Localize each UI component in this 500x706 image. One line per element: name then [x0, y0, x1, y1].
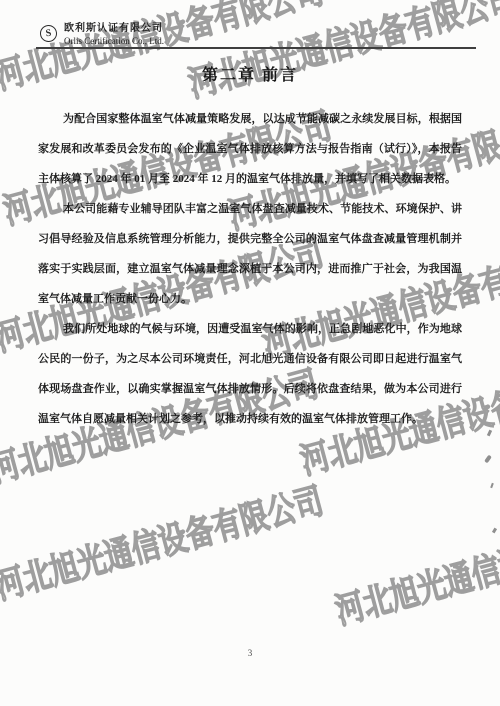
- chapter-title: 第二章 前言: [0, 62, 500, 85]
- watermark-text: 河北旭光通信设备有限公司: [332, 508, 500, 630]
- certification-company-name-cn: 欧利斯认证有限公司: [64, 22, 164, 35]
- certification-company-block: 欧利斯认证有限公司 Orlis Certification Co., Ltd.: [64, 22, 164, 47]
- document-body: 为配合国家整体温室气体减量策略发展，以达成节能减碳之永续发展目标，根据国家发展和…: [38, 104, 462, 434]
- scan-speck: [490, 483, 494, 488]
- orlis-logo-icon: S: [39, 24, 58, 43]
- page-number: 3: [0, 648, 500, 658]
- certification-header: S 欧利斯认证有限公司 Orlis Certification Co., Ltd…: [40, 22, 164, 47]
- scan-speck: [487, 430, 492, 437]
- watermark-text: 河北旭光通信设备有限公司: [0, 483, 327, 605]
- scan-speck: [492, 528, 497, 534]
- paragraph: 本公司能藉专业辅导团队丰富之温室气体盘查减量技术、节能技术、环境保护、讲习倡导经…: [38, 194, 462, 314]
- paragraph: 我们所处地球的气候与环境，因遭受温室气体的影响，正急剧地恶化中，作为地球公民的一…: [38, 314, 462, 434]
- header-divider: [36, 47, 476, 49]
- watermark-text: 河北旭光通信设备有限公司: [185, 0, 500, 103]
- scan-speck: [484, 455, 492, 464]
- paragraph: 为配合国家整体温室气体减量策略发展，以达成节能减碳之永续发展目标，根据国家发展和…: [38, 104, 462, 194]
- certification-company-name-en: Orlis Certification Co., Ltd.: [64, 35, 164, 47]
- scanned-document-page: 河北旭光通信设备有限公司 河北旭光通信设备有限公司 河北旭光通信设备有限公司 河…: [0, 0, 500, 706]
